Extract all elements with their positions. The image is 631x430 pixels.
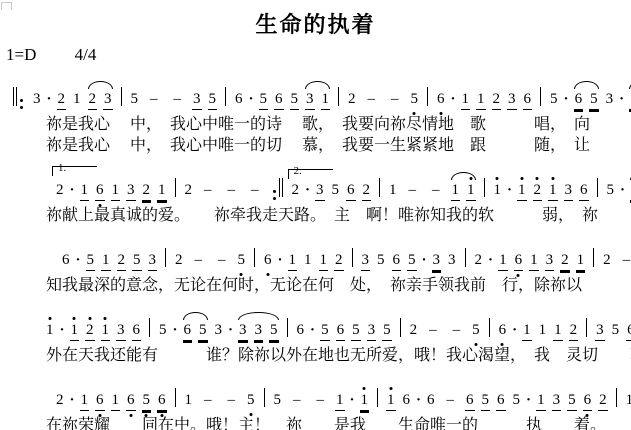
note-digit: 2: [55, 391, 65, 410]
note-digit: 6: [402, 391, 412, 410]
duration-dot: ·: [228, 321, 233, 339]
note: 6: [274, 90, 284, 110]
note: 5: [407, 251, 417, 271]
duration-dash: –: [391, 90, 399, 108]
note-digit: 3: [564, 181, 574, 201]
note-digit: 5: [512, 391, 522, 410]
note-digit: 5: [410, 90, 420, 109]
note-digit: 6: [579, 181, 589, 201]
note-digit: 5: [471, 321, 481, 340]
note: 1: [386, 391, 396, 411]
note: 6: [95, 181, 105, 201]
note: 3: [126, 181, 136, 201]
music-line: 6·512532––56·11123565·332·1613212–2·111: [4, 228, 627, 275]
note: 5: [208, 90, 218, 110]
note: 1: [321, 90, 331, 110]
note-digit: 1: [498, 251, 508, 271]
slur-arc: 65: [627, 181, 631, 201]
duration-dot: ·: [173, 321, 178, 339]
duration-dot: ·: [310, 321, 315, 339]
note-digit: 1: [548, 181, 558, 201]
note: 6: [523, 90, 533, 110]
music-system: 3·21235––356·565312––56·112365·653·13祢是我…: [4, 67, 627, 156]
note: 1: [45, 321, 55, 340]
note-digit: 2: [57, 90, 67, 110]
duration-dot: ·: [422, 251, 427, 269]
note-digit: 1: [321, 90, 331, 110]
octave-dot-below: [586, 414, 589, 417]
lyric-line: 祢是我心 中， 我心中唯一的切 慕， 我要一生紧紧地 跟 随， 让: [4, 135, 627, 156]
slur-arc: 65: [180, 321, 211, 341]
duration-dash: –: [251, 181, 259, 199]
duration-dash: –: [204, 181, 212, 199]
barline: [174, 178, 177, 202]
note: 6: [583, 391, 593, 411]
note: 5: [273, 391, 283, 410]
note-digit: 5: [611, 321, 621, 340]
note: 6: [336, 321, 346, 341]
barline: [488, 318, 491, 342]
note-digit: 6: [426, 391, 436, 410]
note-digit: 6: [274, 90, 284, 110]
note-digit: 3: [595, 321, 605, 341]
note-digit: 1: [529, 251, 539, 271]
note-digit: 1: [388, 181, 398, 200]
note-digit: 3: [552, 391, 562, 411]
lyric-line: 在祢荣耀 同在中。哦！主！ 祢 是我 生命唯一的 执 着。: [4, 415, 627, 430]
lyric-line: 知我最深的意念，无论在何时，无论在何 处， 祢亲手领我前 行，除祢以: [4, 275, 627, 296]
duration-dot: ·: [350, 391, 355, 409]
note: 1: [70, 321, 80, 341]
note-digit: 6: [346, 181, 356, 201]
note-digit: 6: [496, 391, 506, 411]
note: 5: [351, 321, 361, 341]
note: 1: [576, 251, 586, 271]
note-digit: 2: [174, 251, 184, 270]
slur-arc: 23: [85, 90, 116, 110]
note: 1: [466, 181, 476, 201]
lyric-line: 祢献上最真诚的爱。 祢牵我走天路。 主 啊！唯祢知我的软 弱， 祢: [4, 205, 627, 226]
note-digit: 5: [273, 391, 283, 410]
octave-dot-above: [88, 317, 91, 320]
note: 1: [517, 181, 527, 201]
note: 2: [88, 90, 98, 110]
duration-dash: –: [623, 251, 631, 269]
note: 5: [130, 90, 140, 109]
note-digit: 6: [157, 391, 167, 411]
note: 6: [95, 391, 105, 411]
note-digit: 5: [259, 90, 269, 110]
barline: [174, 388, 177, 412]
note: 3: [214, 321, 224, 340]
note: 1: [111, 181, 121, 201]
note: 1: [288, 251, 298, 271]
note-digit: 2: [142, 181, 152, 201]
note-digit: 1: [538, 321, 548, 340]
note-digit: 5: [269, 321, 279, 341]
note: 5: [382, 321, 392, 341]
note-digit: 5: [481, 391, 491, 411]
note-digit: 1: [157, 181, 167, 201]
barline: [378, 178, 381, 202]
note: 2: [291, 181, 301, 200]
duration-dot: ·: [526, 391, 531, 409]
note-digit: 6: [498, 321, 508, 340]
corner-artifact: [1, 2, 12, 10]
note-digit: 3: [432, 251, 442, 271]
note-digit: 1: [288, 251, 298, 271]
duration-dot: ·: [278, 251, 283, 269]
note: 6: [465, 391, 475, 411]
music-line: 1·121365·653·3356·565352––56·11123565·33: [4, 298, 627, 345]
note-digit: 3: [126, 181, 136, 201]
note-digit: 6: [465, 391, 475, 411]
slur-arc: 11: [448, 181, 479, 201]
duration-dot: ·: [416, 391, 421, 409]
note: 6: [392, 251, 402, 271]
note: 5: [320, 321, 330, 341]
note-digit: 2: [117, 251, 127, 271]
barline: [351, 248, 354, 272]
note-digit: 3: [116, 321, 126, 341]
note: 6: [61, 251, 71, 270]
note-digit: 5: [158, 321, 168, 340]
note: 3: [552, 391, 562, 411]
octave-dot-below: [98, 414, 101, 417]
note: 3: [305, 90, 315, 110]
note: 1: [72, 90, 82, 109]
note: 3: [148, 251, 158, 271]
octave-dot-above: [48, 317, 51, 320]
note: 3: [507, 90, 517, 110]
note-digit: 5: [132, 251, 142, 271]
barline: [164, 248, 167, 272]
barline: [585, 318, 588, 342]
note-digit: 1: [461, 90, 471, 110]
note: 2: [533, 181, 543, 201]
note-digit: 6: [626, 321, 631, 341]
note-digit: 1: [553, 321, 563, 341]
note-digit: 2: [85, 321, 95, 341]
note-digit: 1: [70, 321, 80, 341]
barline: [337, 87, 340, 111]
note-digit: 1: [451, 181, 461, 201]
repeat-dots: [20, 99, 23, 109]
note-digit: 5: [198, 321, 208, 341]
note-digit: 2: [362, 181, 372, 201]
note: 2: [492, 90, 502, 110]
note: 3: [254, 321, 264, 341]
note: 5: [410, 90, 420, 109]
note: 3: [545, 251, 555, 271]
octave-dot-below: [501, 343, 504, 346]
note-digit: 5: [320, 321, 330, 341]
duration-dot: ·: [488, 251, 493, 269]
note-digit: 6: [234, 90, 244, 109]
note-digit: 3: [214, 321, 224, 340]
key-signature: 1=D: [6, 45, 36, 64]
octave-dot-above: [104, 317, 107, 320]
note-digit: 1: [72, 90, 82, 109]
note-digit: 1: [319, 251, 329, 271]
note: 2: [362, 181, 372, 201]
note-digit: 2: [598, 391, 608, 411]
note-digit: 1: [111, 391, 121, 411]
note: 2: [57, 90, 67, 110]
note: 5: [376, 251, 386, 270]
note: 6: [579, 181, 589, 201]
note-digit: 3: [361, 251, 371, 271]
note-digit: 2: [569, 321, 579, 341]
volta-label: 1.: [58, 159, 66, 177]
duration-dot: ·: [507, 181, 512, 199]
duration-dot: ·: [564, 90, 569, 108]
note: 2: [85, 321, 95, 341]
note: 5: [606, 181, 616, 200]
duration-dash: –: [317, 391, 325, 409]
note-digit: 6: [336, 321, 346, 341]
note-digit: 3: [305, 90, 315, 110]
volta-bracket: 2.2·3562: [288, 181, 375, 201]
score: 3·21235––356·565312––56·112365·653·13祢是我…: [0, 65, 631, 430]
note: 1: [319, 251, 329, 271]
note-digit: 2: [492, 90, 502, 110]
note-digit: 6: [523, 90, 533, 110]
octave-dot-above: [536, 177, 539, 180]
note-digit: 3: [103, 90, 113, 110]
note-digit: 1: [493, 181, 503, 200]
note-digit: 3: [148, 251, 158, 271]
note: 1: [536, 391, 546, 411]
note: 6: [126, 391, 136, 411]
note: 2: [142, 181, 152, 201]
note: 1: [529, 251, 539, 271]
note: 5: [246, 391, 256, 410]
duration-dot: ·: [47, 90, 52, 108]
barline: [224, 87, 227, 111]
note: 6: [296, 321, 306, 340]
duration-dash: –: [150, 90, 158, 108]
note-digit: 5: [331, 181, 341, 200]
note: 6: [402, 391, 412, 410]
octave-dot-below: [517, 274, 520, 277]
note-digit: 3: [315, 181, 325, 201]
note-digit: 5: [382, 321, 392, 341]
volta-bracket: 1.2·1613212–––: [52, 178, 288, 202]
octave-dot-below: [413, 112, 416, 115]
note: 1: [303, 251, 313, 270]
note: 1: [522, 321, 532, 341]
note: 1: [476, 90, 486, 110]
octave-dot-above: [389, 387, 392, 390]
note-digit: 5: [290, 90, 300, 110]
note-digit: 6: [183, 321, 193, 341]
duration-dot: ·: [76, 251, 81, 269]
octave-dot-below: [129, 414, 132, 417]
note: 6: [234, 90, 244, 109]
octave-dot-above: [520, 177, 523, 180]
octave-dot-above: [496, 177, 499, 180]
note: 5: [269, 321, 279, 341]
note-digit: 1: [184, 391, 194, 410]
note: 5: [237, 251, 247, 270]
music-system: 1.2·1613212–––2.2·35621––111·121365·653·…: [4, 158, 627, 226]
duration-dash: –: [218, 251, 226, 269]
note-digit: 6: [392, 251, 402, 271]
note: 5: [86, 251, 96, 271]
note: 6: [496, 391, 506, 411]
note: 5: [259, 90, 269, 110]
note-digit: 2: [334, 251, 344, 271]
duration-dot: ·: [620, 181, 625, 199]
note: 5: [549, 90, 559, 109]
note-digit: 1: [522, 321, 532, 341]
note: 6: [263, 251, 273, 270]
barline: [286, 318, 289, 342]
note-digit: 6: [296, 321, 306, 340]
note-digit: 5: [407, 251, 417, 271]
time-signature: 4/4: [75, 45, 97, 64]
note: 6: [157, 391, 167, 411]
slur-arc: 13: [626, 90, 631, 110]
note-digit: 5: [606, 181, 616, 200]
barline: [426, 87, 429, 111]
note-digit: 2: [560, 251, 570, 271]
note: 2: [184, 181, 194, 200]
note-digit: 6: [132, 321, 142, 341]
note-digit: 1: [536, 391, 546, 411]
note-digit: 5: [208, 90, 218, 110]
duration-dot: ·: [512, 321, 517, 339]
duration-dash: –: [368, 90, 376, 108]
note: 3: [116, 321, 126, 341]
duration-dash: –: [429, 321, 437, 339]
note: 3: [564, 181, 574, 201]
note: 3: [103, 90, 113, 110]
note: 2: [409, 321, 419, 340]
duration-dot: ·: [70, 391, 75, 409]
note-digit: 5: [237, 251, 247, 270]
barline: [263, 388, 266, 412]
note: 3: [315, 181, 325, 201]
note: 3: [361, 251, 371, 271]
note-digit: 6: [126, 391, 136, 411]
note-digit: 1: [625, 391, 631, 410]
lyric-line: 祢是我心 中， 我心中唯一的诗 歌， 我要向祢尽情地 歌 唱， 向: [4, 114, 627, 135]
note: 5: [198, 321, 208, 341]
note: 1: [461, 90, 471, 110]
note: 1: [451, 181, 461, 201]
note-digit: 6: [514, 251, 524, 271]
note: 1: [388, 181, 398, 200]
note-digit: 3: [507, 90, 517, 110]
note: 5: [512, 391, 522, 410]
octave-dot-below: [439, 112, 442, 115]
note-digit: 1: [476, 90, 486, 110]
note: 2: [598, 391, 608, 411]
octave-dot-below: [240, 273, 243, 276]
duration-dot: ·: [451, 90, 456, 108]
octave-dot-below: [266, 273, 269, 276]
duration-dash: –: [228, 181, 236, 199]
note: 5: [471, 321, 481, 340]
note: 1: [493, 181, 503, 200]
barline: [148, 318, 151, 342]
note: 5: [567, 391, 577, 411]
note-digit: 5: [589, 90, 599, 110]
barline: [464, 248, 467, 272]
note-digit: 6: [574, 90, 584, 110]
note: 6: [626, 321, 631, 341]
note: 5: [290, 90, 300, 110]
note-digit: 3: [545, 251, 555, 271]
octave-dot-below: [145, 414, 148, 417]
octave-dot-above: [363, 387, 366, 390]
note: 6: [346, 181, 356, 201]
note-digit: 2: [88, 90, 98, 110]
note-digit: 1: [111, 181, 121, 201]
barline: [483, 178, 486, 202]
note: 2: [117, 251, 127, 271]
note-digit: 3: [32, 90, 42, 109]
note: 1: [548, 181, 558, 201]
barline: [376, 388, 379, 412]
repeat-begin-barline: [12, 87, 25, 111]
note-digit: 2: [347, 90, 357, 109]
octave-dot-below: [98, 204, 101, 207]
barline: [596, 178, 599, 202]
note: 3: [238, 321, 248, 341]
note-digit: 5: [130, 90, 140, 109]
repeat-end-barline: [271, 178, 284, 202]
note-digit: 1: [303, 251, 313, 270]
note: 6: [132, 321, 142, 341]
note-digit: 3: [238, 321, 248, 341]
note: 5: [611, 321, 621, 340]
note-digit: 3: [605, 90, 615, 109]
barline: [539, 87, 542, 111]
meta-row: 1=D 4/4: [0, 39, 631, 65]
note: 2: [560, 251, 570, 271]
duration-dash: –: [293, 391, 301, 409]
note: 1: [553, 321, 563, 341]
note: 1: [101, 251, 111, 271]
note: 1: [625, 391, 631, 410]
octave-dot-below: [160, 414, 163, 417]
note: 5: [481, 391, 491, 411]
note-digit: 3: [447, 251, 457, 270]
note: 1: [157, 181, 167, 201]
note-digit: 1: [101, 251, 111, 271]
slur-arc: 65: [571, 90, 602, 110]
barline: [120, 87, 123, 111]
note: 3: [432, 251, 442, 271]
octave-dot-below: [474, 343, 477, 346]
note: 6: [426, 391, 436, 410]
slur-arc: 31: [302, 90, 333, 110]
note: 6: [183, 321, 193, 341]
page-title: 生命的执着: [0, 0, 631, 39]
note-digit: 6: [263, 251, 273, 270]
note-digit: 1: [360, 391, 370, 411]
note: 1: [101, 321, 111, 341]
note-digit: 1: [45, 321, 55, 340]
note: 3: [367, 321, 377, 341]
note: 3: [32, 90, 42, 109]
duration-dash: –: [174, 90, 182, 108]
note-digit: 6: [61, 251, 71, 270]
octave-dot-above: [551, 177, 554, 180]
